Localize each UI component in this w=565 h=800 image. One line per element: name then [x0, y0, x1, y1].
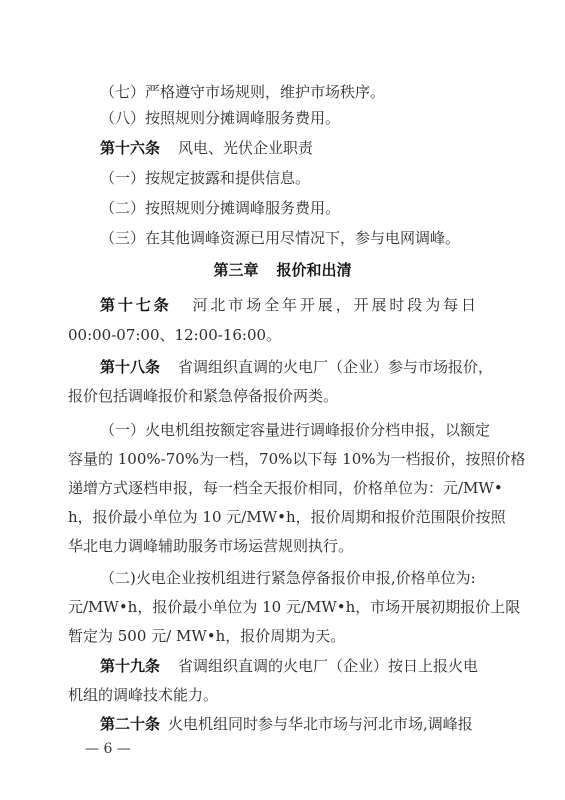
paragraph-line: h，报价最小单位为 10 元/MW•h，报价周期和报价范围限价按照 — [68, 507, 478, 527]
chapter-heading: 第三章报价和出清 — [0, 260, 565, 280]
article-20: 第二十条火电机组同时参与华北市场与河北市场,调峰报 — [100, 714, 510, 734]
article-title: 风电、光伏企业职责 — [178, 139, 313, 157]
article-19: 第十九条省调组织直调的火电厂（企业）按日上报火电 — [100, 656, 510, 676]
article-18: 第十八条省调组织直调的火电厂（企业）参与市场报价， — [100, 357, 510, 377]
list-item: （三）在其他调峰资源已用尽情况下，参与电网调峰。 — [100, 228, 510, 248]
article-heading: 第二十条 — [100, 715, 160, 733]
article-heading-line: 第十六条风电、光伏企业职责 — [100, 138, 510, 158]
list-item: （七）严格遵守市场规则，维护市场秩序。 — [100, 82, 510, 102]
article-text: 火电机组同时参与华北市场与河北市场,调峰报 — [168, 715, 473, 733]
paragraph-line: 机组的调峰技术能力。 — [68, 685, 478, 705]
article-text: 省调组织直调的火电厂（企业）按日上报火电 — [178, 657, 478, 675]
chapter-number: 第三章 — [213, 261, 258, 279]
paragraph-line: 容量的 100%-70%为一档，70%以下每 10%为一档报价，按照价格 — [68, 449, 478, 469]
article-17: 第十七条河北市场全年开展，开展时段为每日 — [100, 295, 476, 315]
paragraph-line: 华北电力调峰辅助服务市场运营规则执行。 — [68, 536, 478, 556]
list-item: （八）按照规则分摊调峰服务费用。 — [100, 108, 510, 128]
paragraph-line: 暂定为 500 元/ MW•h，报价周期为天。 — [68, 626, 478, 646]
paragraph-line: （一）火电机组按额定容量进行调峰报价分档申报，以额定 — [100, 420, 510, 440]
paragraph-line: 00:00-07:00、12:00-16:00。 — [68, 325, 478, 345]
list-item: （一）按规定披露和提供信息。 — [100, 168, 510, 188]
article-heading: 第十七条 — [100, 296, 172, 314]
article-text: 河北市场全年开展，开展时段为每日 — [190, 296, 476, 314]
paragraph-line: （二)火电企业按机组进行紧急停备报价申报,价格单位为: — [100, 568, 510, 588]
paragraph-line: 报价包括调峰报价和紧急停备报价两类。 — [68, 386, 478, 406]
chapter-title: 报价和出清 — [277, 261, 352, 279]
article-text: 省调组织直调的火电厂（企业）参与市场报价， — [178, 358, 493, 376]
paragraph-line: 递增方式逐档申报，每一档全天报价相同，价格单位为：元/MW• — [68, 478, 478, 498]
list-item: （二）按照规则分摊调峰服务费用。 — [100, 198, 510, 218]
paragraph-line: 元/MW•h，报价最小单位为 10 元/MW•h，市场开展初期报价上限 — [68, 597, 478, 617]
article-heading: 第十六条 — [100, 139, 160, 157]
article-heading: 第十八条 — [100, 358, 160, 376]
article-heading: 第十九条 — [100, 657, 160, 675]
page-number: — 6 — — [85, 740, 131, 758]
